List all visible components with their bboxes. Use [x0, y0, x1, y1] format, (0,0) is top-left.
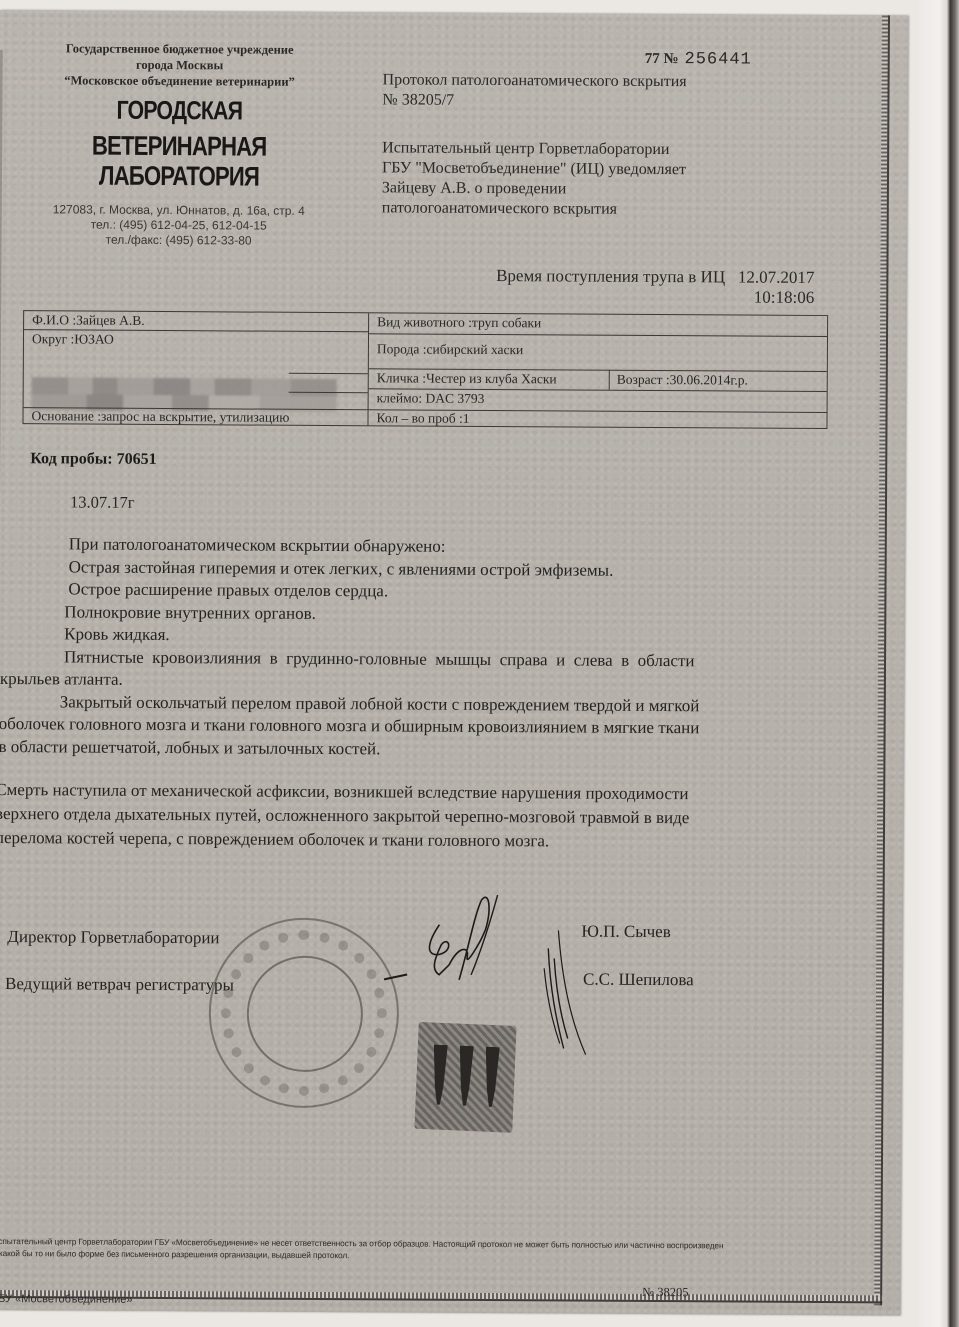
conclusion-section: Смерть наступила от механической асфикси…: [0, 778, 845, 855]
decorative-border-right: [874, 15, 890, 1305]
vet-signature-icon: [544, 928, 595, 1058]
footer-protocol-number: № 38205: [642, 1285, 688, 1300]
serial-prefix: 77 №: [645, 51, 679, 67]
basis: Основание :запрос на вскрытие, утилизаци…: [23, 407, 367, 427]
fax-line: тел./факс: (495) 612-33-80: [19, 232, 339, 249]
owner-column: Ф.И.О :Зайцев А.В. Округ :ЮЗАО Основание…: [23, 311, 369, 425]
brand-number: клеймо: DAC 3793: [369, 389, 827, 410]
hologram-seal: [414, 1022, 516, 1133]
vet-name: С.С. Шепилова: [583, 970, 694, 991]
animal-column: Вид животного :труп собаки Порода :сибир…: [368, 313, 827, 428]
protocol-title: Протокол патологоанатомического вскрытия: [383, 70, 803, 93]
notification-line: патологоанатомического вскрытия: [382, 198, 802, 221]
serial-number: 77 №256441: [645, 50, 752, 70]
org-line: города Москвы: [20, 56, 340, 74]
sample-code: Код пробы: 70651: [30, 450, 156, 469]
protocol-title-block: Протокол патологоанатомического вскрытия…: [382, 70, 802, 113]
age: Возраст :30.06.2014г.р.: [609, 371, 827, 390]
letterhead: Государственное бюджетное учреждение гор…: [19, 40, 340, 249]
binder-edge: [919, 0, 959, 1327]
findings-section: При патологоанатомическом вскрытии обнар…: [0, 533, 847, 763]
notification-line: Испытательный центр Горветлаборатории: [382, 138, 802, 161]
arrival-time-block: Время поступления трупа в ИЦ 12.07.2017 …: [496, 266, 815, 308]
serial-value: 256441: [684, 50, 751, 69]
footer-org: ГБУ «Мосветобъединение»: [0, 1293, 133, 1306]
arrival-time: 10:18:06: [496, 286, 814, 308]
director-label: Директор Горветлаборатории: [7, 927, 219, 948]
notification-line: Зайцеву А.В. о проведении: [382, 178, 802, 201]
lab-title: ГОРОДСКАЯ: [48, 94, 311, 126]
finding-fracture-cont: в области решетчатой, лобных и затылочны…: [0, 735, 846, 763]
animal-type: Вид животного :труп собаки: [369, 313, 827, 334]
arrival-label: Время поступления трупа в ИЦ: [496, 266, 725, 286]
address-line: 127083, г. Москва, ул. Юннатов, д. 16а, …: [19, 202, 339, 219]
org-line: Государственное бюджетное учреждение: [20, 40, 340, 58]
breed: Порода :сибирский хаски: [369, 340, 827, 361]
director-name: Ю.П. Сычев: [581, 922, 671, 943]
notification-block: Испытательный центр Горветлаборатории ГБ…: [382, 138, 802, 221]
conclusion-line: перелома костей черепа, с повреждением о…: [0, 826, 845, 855]
lab-title: ВЕТЕРИНАРНАЯ ЛАБОРАТОРИЯ: [48, 130, 311, 192]
round-seal-stamp: [208, 917, 399, 1108]
document-page: Государственное бюджетное учреждение гор…: [0, 10, 908, 1316]
nickname: Кличка :Честер из клуба Хаски: [377, 370, 557, 386]
district: Округ :ЮЗАО: [24, 330, 368, 350]
document-date: 13.07.17г: [70, 492, 135, 512]
notification-line: ГБУ "Мосветобъединение" (ИЦ) уведомляет: [382, 158, 802, 181]
protocol-number: № 38205/7: [382, 90, 802, 113]
info-table: Ф.И.О :Зайцев А.В. Округ :ЮЗАО Основание…: [22, 310, 828, 429]
director-signature-icon: [379, 884, 530, 995]
arrival-date: 12.07.2017: [738, 268, 815, 287]
org-line: “Московское объединение ветеринарии”: [20, 72, 340, 90]
address: 127083, г. Москва, ул. Юннатов, д. 16а, …: [19, 202, 339, 249]
footer-disclaimer: Испытательный центр Горветлаборатории ГБ…: [0, 1235, 873, 1264]
vet-label: Ведущий ветврач регистратуры: [5, 974, 234, 995]
owner-name: Ф.И.О :Зайцев А.В.: [24, 311, 368, 331]
seal-ring-text: [220, 929, 387, 1096]
sample-count: Кол – во проб :1: [368, 409, 826, 430]
